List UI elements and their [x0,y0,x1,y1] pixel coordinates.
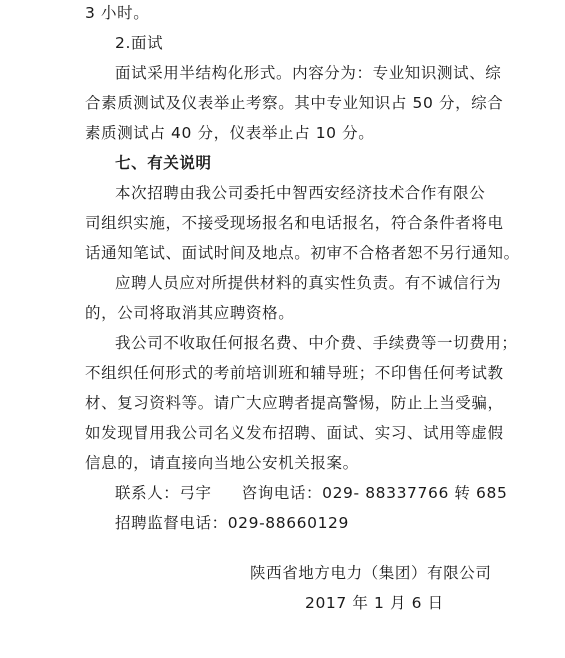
contact-line: 联系人：弓宇咨询电话：029- 88337766 转 685 [115,483,515,503]
consult-phone: 咨询电话：029- 88337766 转 685 [242,484,508,502]
text-line: 3 小时。 [85,3,485,23]
paragraph-line: 我公司不收取任何报名费、中介费、手续费等一切费用； [115,333,515,353]
paragraph-line: 话通知笔试、面试时间及地点。初审不合格者恕不另行通知。 [85,243,485,263]
contact-person: 联系人：弓宇 [115,484,212,502]
section-heading-interview: 2.面试 [115,33,515,53]
document-page: 3 小时。 2.面试 面试采用半结构化形式。内容分为：专业知识测试、综 合素质测… [0,0,565,658]
paragraph-line: 合素质测试及仪表举止考察。其中专业知识占 50 分，综合 [85,93,485,113]
paragraph-line: 素质测试占 40 分，仪表举止占 10 分。 [85,123,485,143]
paragraph-line: 司组织实施，不接受现场报名和电话报名，符合条件者将电 [85,213,485,233]
paragraph-line: 面试采用半结构化形式。内容分为：专业知识测试、综 [115,63,515,83]
signature-date: 2017 年 1 月 6 日 [305,593,444,613]
paragraph-line: 应聘人员应对所提供材料的真实性负责。有不诚信行为 [115,273,515,293]
paragraph-line: 的，公司将取消其应聘资格。 [85,303,485,323]
paragraph-line: 信息的，请直接向当地公安机关报案。 [85,453,485,473]
paragraph-line: 不组织任何形式的考前培训班和辅导班；不印售任何考试教 [85,363,485,383]
paragraph-line: 如发现冒用我公司名义发布招聘、面试、实习、试用等虚假 [85,423,485,443]
paragraph-line: 本次招聘由我公司委托中智西安经济技术合作有限公 [115,183,515,203]
section-heading-notes: 七、有关说明 [115,153,515,173]
supervision-phone: 招聘监督电话：029-88660129 [115,513,515,533]
paragraph-line: 材、复习资料等。请广大应聘者提高警惕，防止上当受骗， [85,393,485,413]
signature-company: 陕西省地方电力（集团）有限公司 [250,563,492,583]
